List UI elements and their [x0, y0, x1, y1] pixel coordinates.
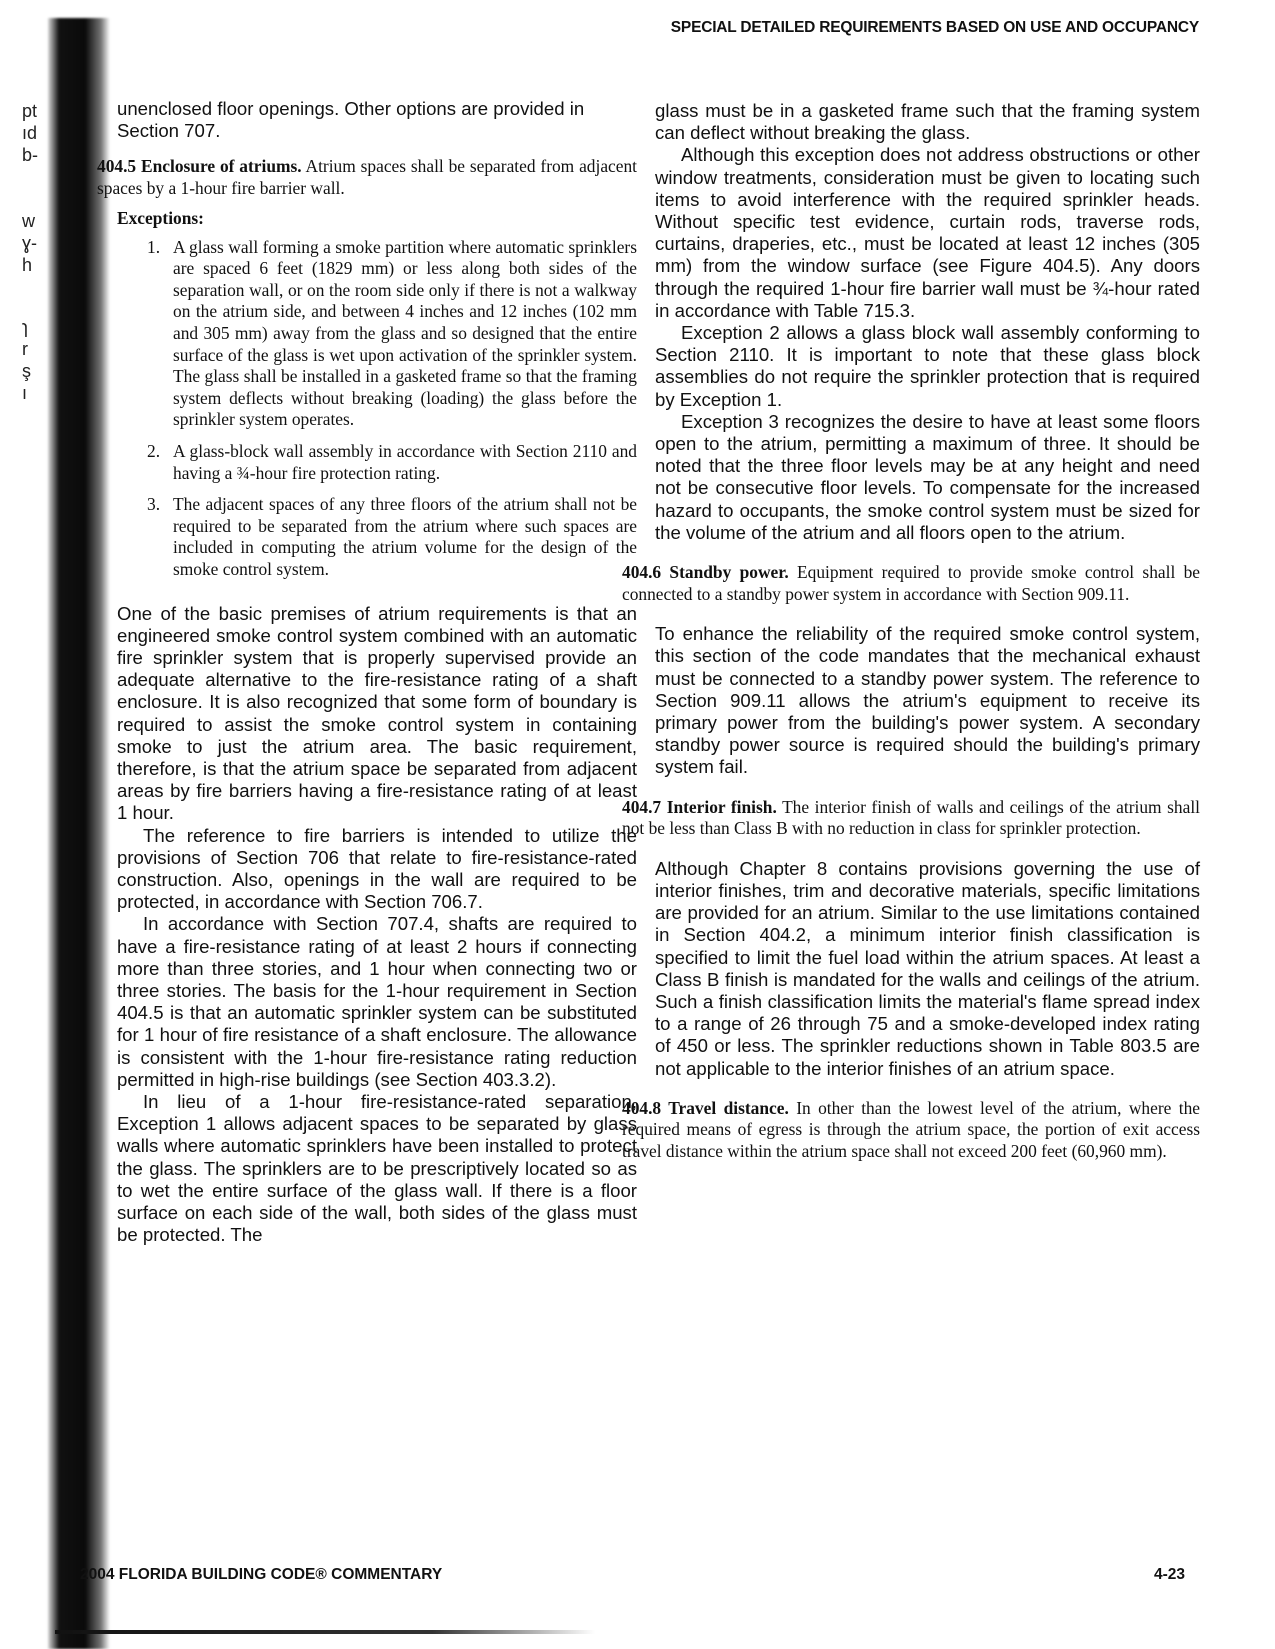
commentary-paragraph: Although Chapter 8 contains provisions g… [655, 858, 1200, 1080]
section-404-6: 404.6 Standby power. Equipment required … [622, 562, 1200, 605]
exception-text: The adjacent spaces of any three floors … [173, 494, 637, 579]
fringe-text: ş [0, 360, 40, 382]
exception-text: A glass wall forming a smoke partition w… [173, 237, 637, 430]
section-404-5-heading: 404.5 Enclosure of atriums. [97, 156, 302, 176]
section-404-8: 404.8 Travel distance. In other than the… [622, 1098, 1200, 1163]
commentary-paragraph: Although this exception does not address… [655, 144, 1200, 322]
exception-number: 1. [147, 237, 160, 259]
section-404-8-heading: 404.8 Travel distance. [622, 1098, 789, 1118]
fringe-text: ɿ [0, 316, 40, 338]
adjacent-page-fringe: pt ıd b- w ɣ- h ɿ r ş ı [0, 100, 40, 460]
commentary-paragraph: glass must be in a gasketed frame such t… [655, 100, 1200, 144]
commentary-paragraph: In lieu of a 1-hour fire-resistance-rate… [117, 1091, 637, 1246]
fringe-text: h [0, 254, 40, 276]
commentary-paragraph: Exception 3 recognizes the desire to hav… [655, 411, 1200, 544]
exception-item: 2. A glass-block wall assembly in accord… [173, 441, 637, 484]
commentary-paragraph: To enhance the reliability of the requir… [655, 623, 1200, 778]
exception-number: 2. [147, 441, 160, 463]
fringe-text: w [0, 210, 40, 232]
fringe-text: ɣ- [0, 232, 40, 254]
footer-publication: 2004 FLORIDA BUILDING CODE® COMMENTARY [80, 1566, 442, 1584]
section-404-7: 404.7 Interior finish. The interior fini… [622, 797, 1200, 840]
commentary-paragraph: In accordance with Section 707.4, shafts… [117, 913, 637, 1091]
fringe-text: b- [0, 144, 40, 166]
fringe-gap [0, 276, 40, 316]
section-404-6-heading: 404.6 Standby power. [622, 562, 789, 582]
exceptions-list: 1. A glass wall forming a smoke partitio… [117, 237, 637, 581]
commentary-paragraph: The reference to fire barriers is intend… [117, 825, 637, 914]
fringe-text: pt [0, 100, 40, 122]
commentary-paragraph: One of the basic premises of atrium requ… [117, 603, 637, 825]
fringe-text: ı [0, 382, 40, 404]
exception-number: 3. [147, 494, 160, 516]
left-column: unenclosed floor openings. Other options… [117, 98, 637, 1246]
exception-item: 3. The adjacent spaces of any three floo… [173, 494, 637, 580]
fringe-text: r [0, 338, 40, 360]
section-404-7-heading: 404.7 Interior finish. [622, 797, 777, 817]
running-head: SPECIAL DETAILED REQUIREMENTS BASED ON U… [671, 19, 1199, 37]
exception-item: 1. A glass wall forming a smoke partitio… [173, 237, 637, 431]
fringe-text: ıd [0, 122, 40, 144]
page-number: 4-23 [1154, 1566, 1185, 1584]
scan-binding-shadow [48, 18, 110, 1649]
section-404-5: 404.5 Enclosure of atriums. Atrium space… [97, 156, 637, 199]
continuation-paragraph: unenclosed floor openings. Other options… [117, 98, 637, 142]
exceptions-label: Exceptions: [117, 208, 637, 229]
fringe-gap [0, 166, 40, 210]
exception-text: A glass-block wall assembly in accordanc… [173, 441, 637, 483]
scan-bottom-shadow [55, 1630, 595, 1634]
commentary-paragraph: Exception 2 allows a glass block wall as… [655, 322, 1200, 411]
right-column: glass must be in a gasketed frame such t… [655, 100, 1200, 1163]
